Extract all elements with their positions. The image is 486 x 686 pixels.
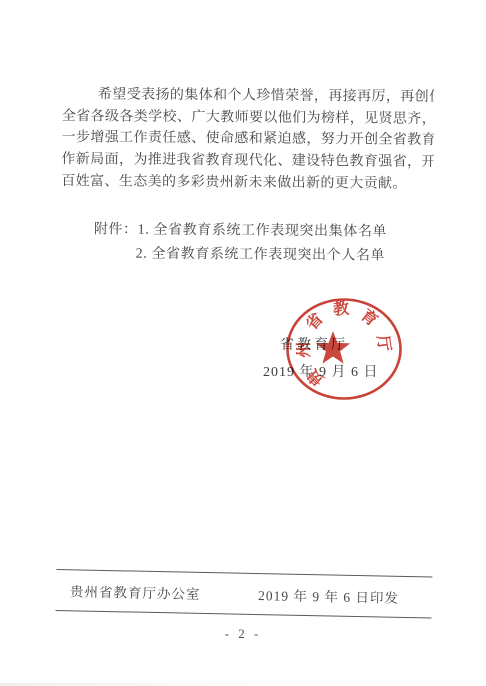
- footer-print-date: 2019 年 9 年 6 日印发: [258, 584, 399, 607]
- official-seal: 贵 州 省 教 育 厅: [283, 294, 408, 406]
- paragraph-line: 百姓富、生态美的多彩贵州新未来做出新的更大贡献。: [61, 171, 433, 196]
- attachment-line-1: 附件：1. 全省教育系统工作表现突出集体名单: [94, 219, 433, 246]
- paragraph-line: 一步增强工作责任感、使命感和紧迫感，努力开创全省教育工: [61, 127, 433, 152]
- paragraph-line: 全省各级各类学校、广大教师要以他们为榜样，见贤思齐，进: [62, 106, 434, 131]
- seal-arc-char: 州: [295, 342, 313, 358]
- document-page: { "body": { "lines": [ "希望受表扬的集体和个人珍惜荣誉，…: [0, 0, 486, 686]
- body-paragraph: 希望受表扬的集体和个人珍惜荣誉，再接再厉，再创佳绩。 全省各级各类学校、广大教师…: [61, 84, 434, 195]
- footer-office: 贵州省教育厅办公室: [70, 580, 201, 603]
- footer: 贵州省教育厅办公室 2019 年 9 年 6 日印发: [56, 569, 433, 619]
- paragraph-line: 作新局面，为推进我省教育现代化、建设特色教育强省，开创: [61, 149, 433, 174]
- page-number: - 2 -: [0, 626, 486, 642]
- seal-arc-char: 厅: [373, 333, 393, 352]
- attachment-line-2: 2. 全省教育系统工作表现突出个人名单: [94, 243, 433, 270]
- document-body: 希望受表扬的集体和个人珍惜荣誉，再接再厉，再创佳绩。 全省各级各类学校、广大教师…: [61, 84, 434, 269]
- attachment-list: 附件：1. 全省教育系统工作表现突出集体名单 2. 全省教育系统工作表现突出个人…: [61, 218, 433, 269]
- seal-star-icon: [316, 331, 350, 364]
- paragraph-line: 希望受表扬的集体和个人珍惜荣誉，再接再厉，再创佳绩。: [62, 84, 434, 109]
- footer-row: 贵州省教育厅办公室 2019 年 9 年 6 日印发: [56, 580, 432, 608]
- seal-arc-char: 教: [333, 299, 351, 318]
